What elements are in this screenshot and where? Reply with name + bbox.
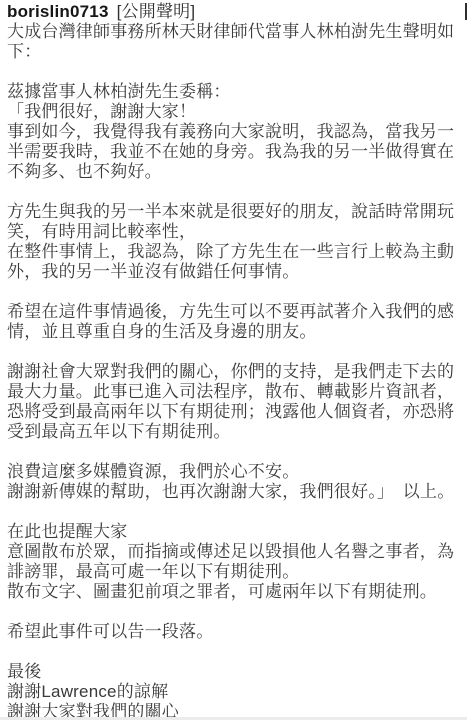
username[interactable]: borislin0713 <box>7 2 109 21</box>
statement-body-text: 大成台灣律師事務所林天財律師代當事人林柏澍先生聲明如 下： 茲據當事人林柏澍先生… <box>7 22 461 720</box>
statement-header-tag: [公開聲明] <box>117 2 196 21</box>
statement-post: borislin0713[公開聲明] 大成台灣律師事務所林天財律師代當事人林柏澍… <box>0 0 467 720</box>
post-caption: borislin0713[公開聲明] 大成台灣律師事務所林天財律師代當事人林柏澍… <box>0 0 467 720</box>
